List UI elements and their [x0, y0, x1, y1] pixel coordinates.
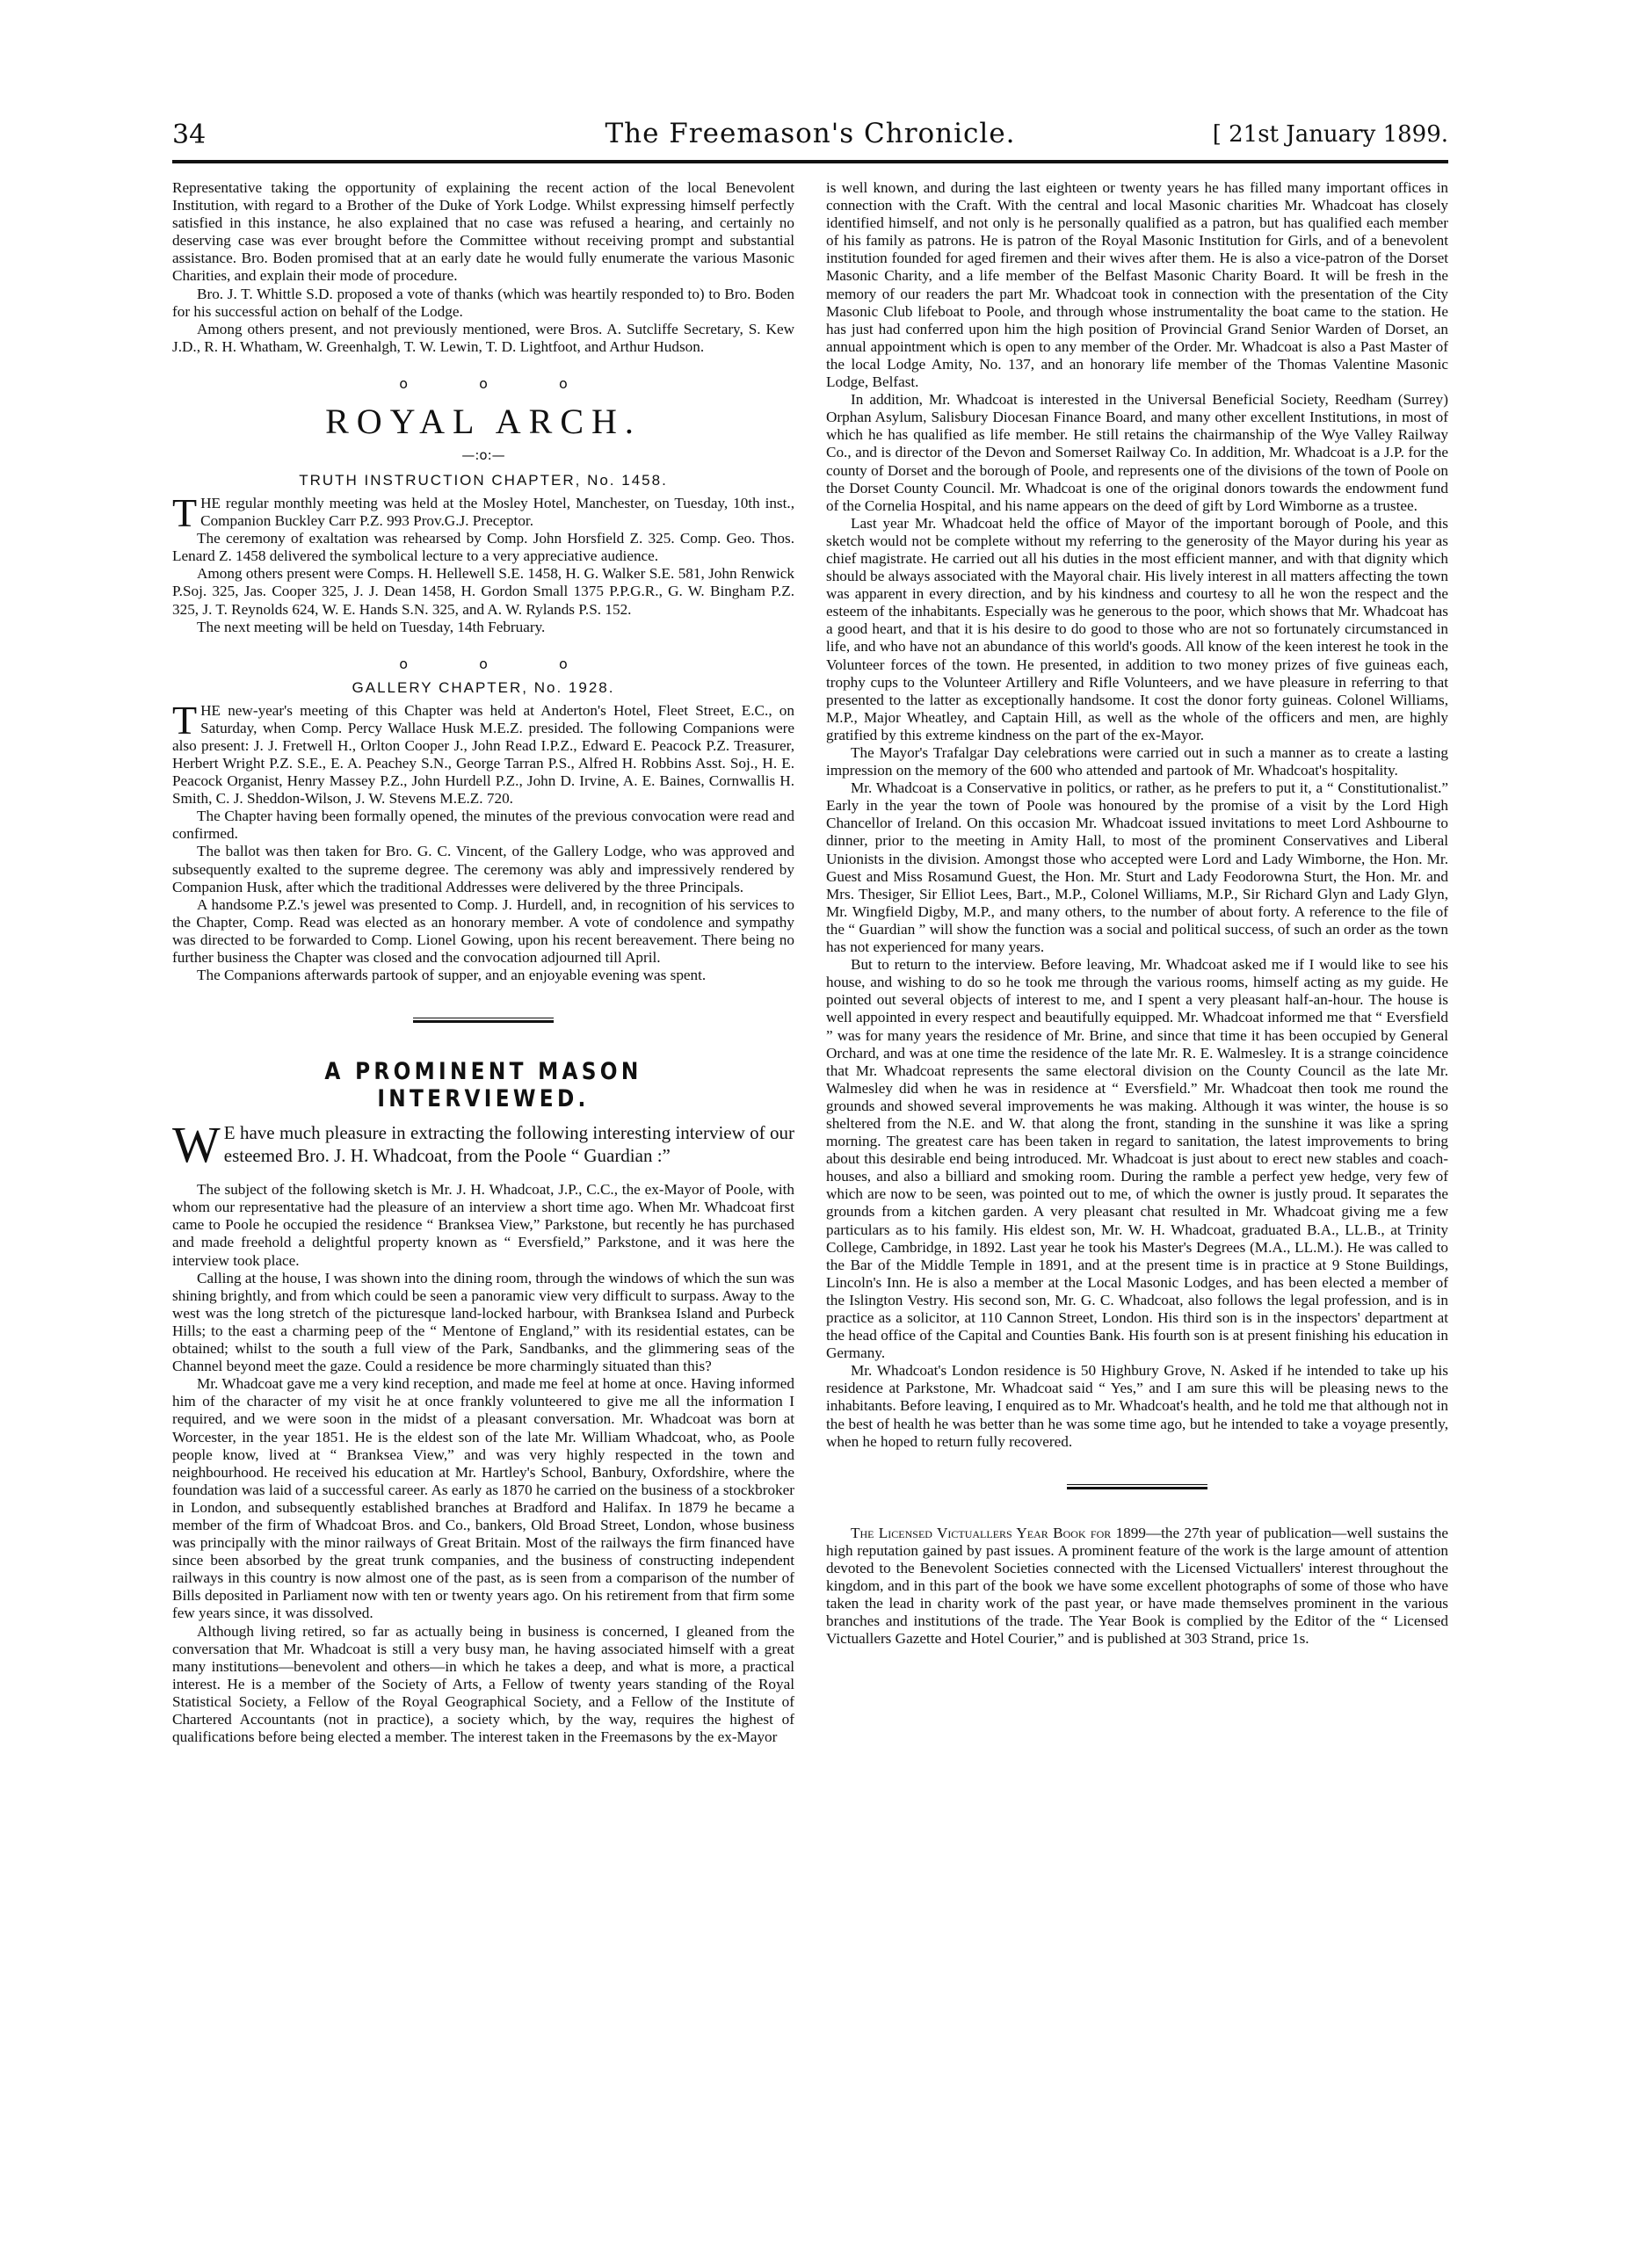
paragraph: In addition, Mr. Whadcoat is interested … — [826, 391, 1448, 515]
section-divider — [413, 1018, 554, 1023]
paragraph: A handsome P.Z.'s jewel was presented to… — [172, 896, 794, 967]
paragraph: THE new-year's meeting of this Chapter w… — [172, 702, 794, 808]
section-ornament: o o o — [172, 375, 794, 392]
paragraph: Calling at the house, I was shown into t… — [172, 1270, 794, 1376]
notice-text: 1899—the 27th year of publication—well s… — [826, 1525, 1448, 1648]
gallery-chapter-heading: GALLERY CHAPTER, No. 1928. — [172, 679, 794, 697]
columns: Representative taking the opportunity of… — [172, 179, 1448, 1746]
paragraph: Mr. Whadcoat is a Conservative in politi… — [826, 779, 1448, 956]
paragraph: The Chapter having been formally opened,… — [172, 808, 794, 843]
section-title-royal-arch: ROYAL ARCH. — [172, 401, 794, 442]
article-headline: A PROMINENT MASON INTERVIEWED. — [216, 1058, 751, 1112]
paragraph: Bro. J. T. Whittle S.D. proposed a vote … — [172, 286, 794, 321]
paragraph: is well known, and during the last eight… — [826, 179, 1448, 391]
paragraph: But to return to the interview. Before l… — [826, 956, 1448, 1362]
paragraph: Last year Mr. Whadcoat held the office o… — [826, 515, 1448, 744]
paragraph: The Companions afterwards partook of sup… — [172, 967, 794, 984]
paragraph: Mr. Whadcoat gave me a very kind recepti… — [172, 1375, 794, 1622]
paragraph: Mr. Whadcoat's London residence is 50 Hi… — [826, 1362, 1448, 1450]
section-divider — [1067, 1484, 1207, 1489]
paragraph: The Mayor's Trafalgar Day celebrations w… — [826, 744, 1448, 779]
year-book-notice: The Licensed Victuallers Year Book for 1… — [826, 1525, 1448, 1648]
paragraph: Representative taking the opportunity of… — [172, 179, 794, 286]
paragraph: The ceremony of exaltation was rehearsed… — [172, 530, 794, 565]
paragraph: THE regular monthly meeting was held at … — [172, 495, 794, 530]
drop-cap: T — [172, 704, 197, 737]
paragraph: The next meeting will be held on Tuesday… — [172, 619, 794, 636]
paragraph: Among others present, and not previously… — [172, 321, 794, 356]
drop-cap: T — [172, 496, 197, 530]
masthead-rule — [172, 160, 1448, 163]
article-lead: WE have much pleasure in extracting the … — [172, 1121, 794, 1167]
lead-text: E have much pleasure in extracting the f… — [224, 1122, 794, 1166]
drop-cap: W — [172, 1123, 221, 1167]
paragraph: The subject of the following sketch is M… — [172, 1181, 794, 1269]
truth-chapter-heading: TRUTH INSTRUCTION CHAPTER, No. 1458. — [172, 472, 794, 489]
right-column: is well known, and during the last eight… — [826, 179, 1448, 1746]
notice-title: The Licensed Victuallers Year Book for — [851, 1525, 1111, 1541]
issue-date: [ 21st January 1899. — [1213, 121, 1448, 148]
paragraph: Among others present were Comps. H. Hell… — [172, 565, 794, 618]
paragraph-text: HE new-year's meeting of this Chapter wa… — [172, 702, 794, 807]
paragraph-text: HE regular monthly meeting was held at t… — [200, 495, 794, 529]
paragraph: Although living retired, so far as actua… — [172, 1623, 794, 1747]
section-ornament: o o o — [172, 656, 794, 672]
paragraph: The ballot was then taken for Bro. G. C.… — [172, 843, 794, 895]
left-column: Representative taking the opportunity of… — [172, 179, 794, 1746]
section-separator: —:o:— — [172, 447, 794, 463]
masthead: 34 The Freemason's Chronicle. [ 21st Jan… — [172, 114, 1448, 156]
newspaper-page: 34 The Freemason's Chronicle. [ 21st Jan… — [172, 114, 1448, 1746]
